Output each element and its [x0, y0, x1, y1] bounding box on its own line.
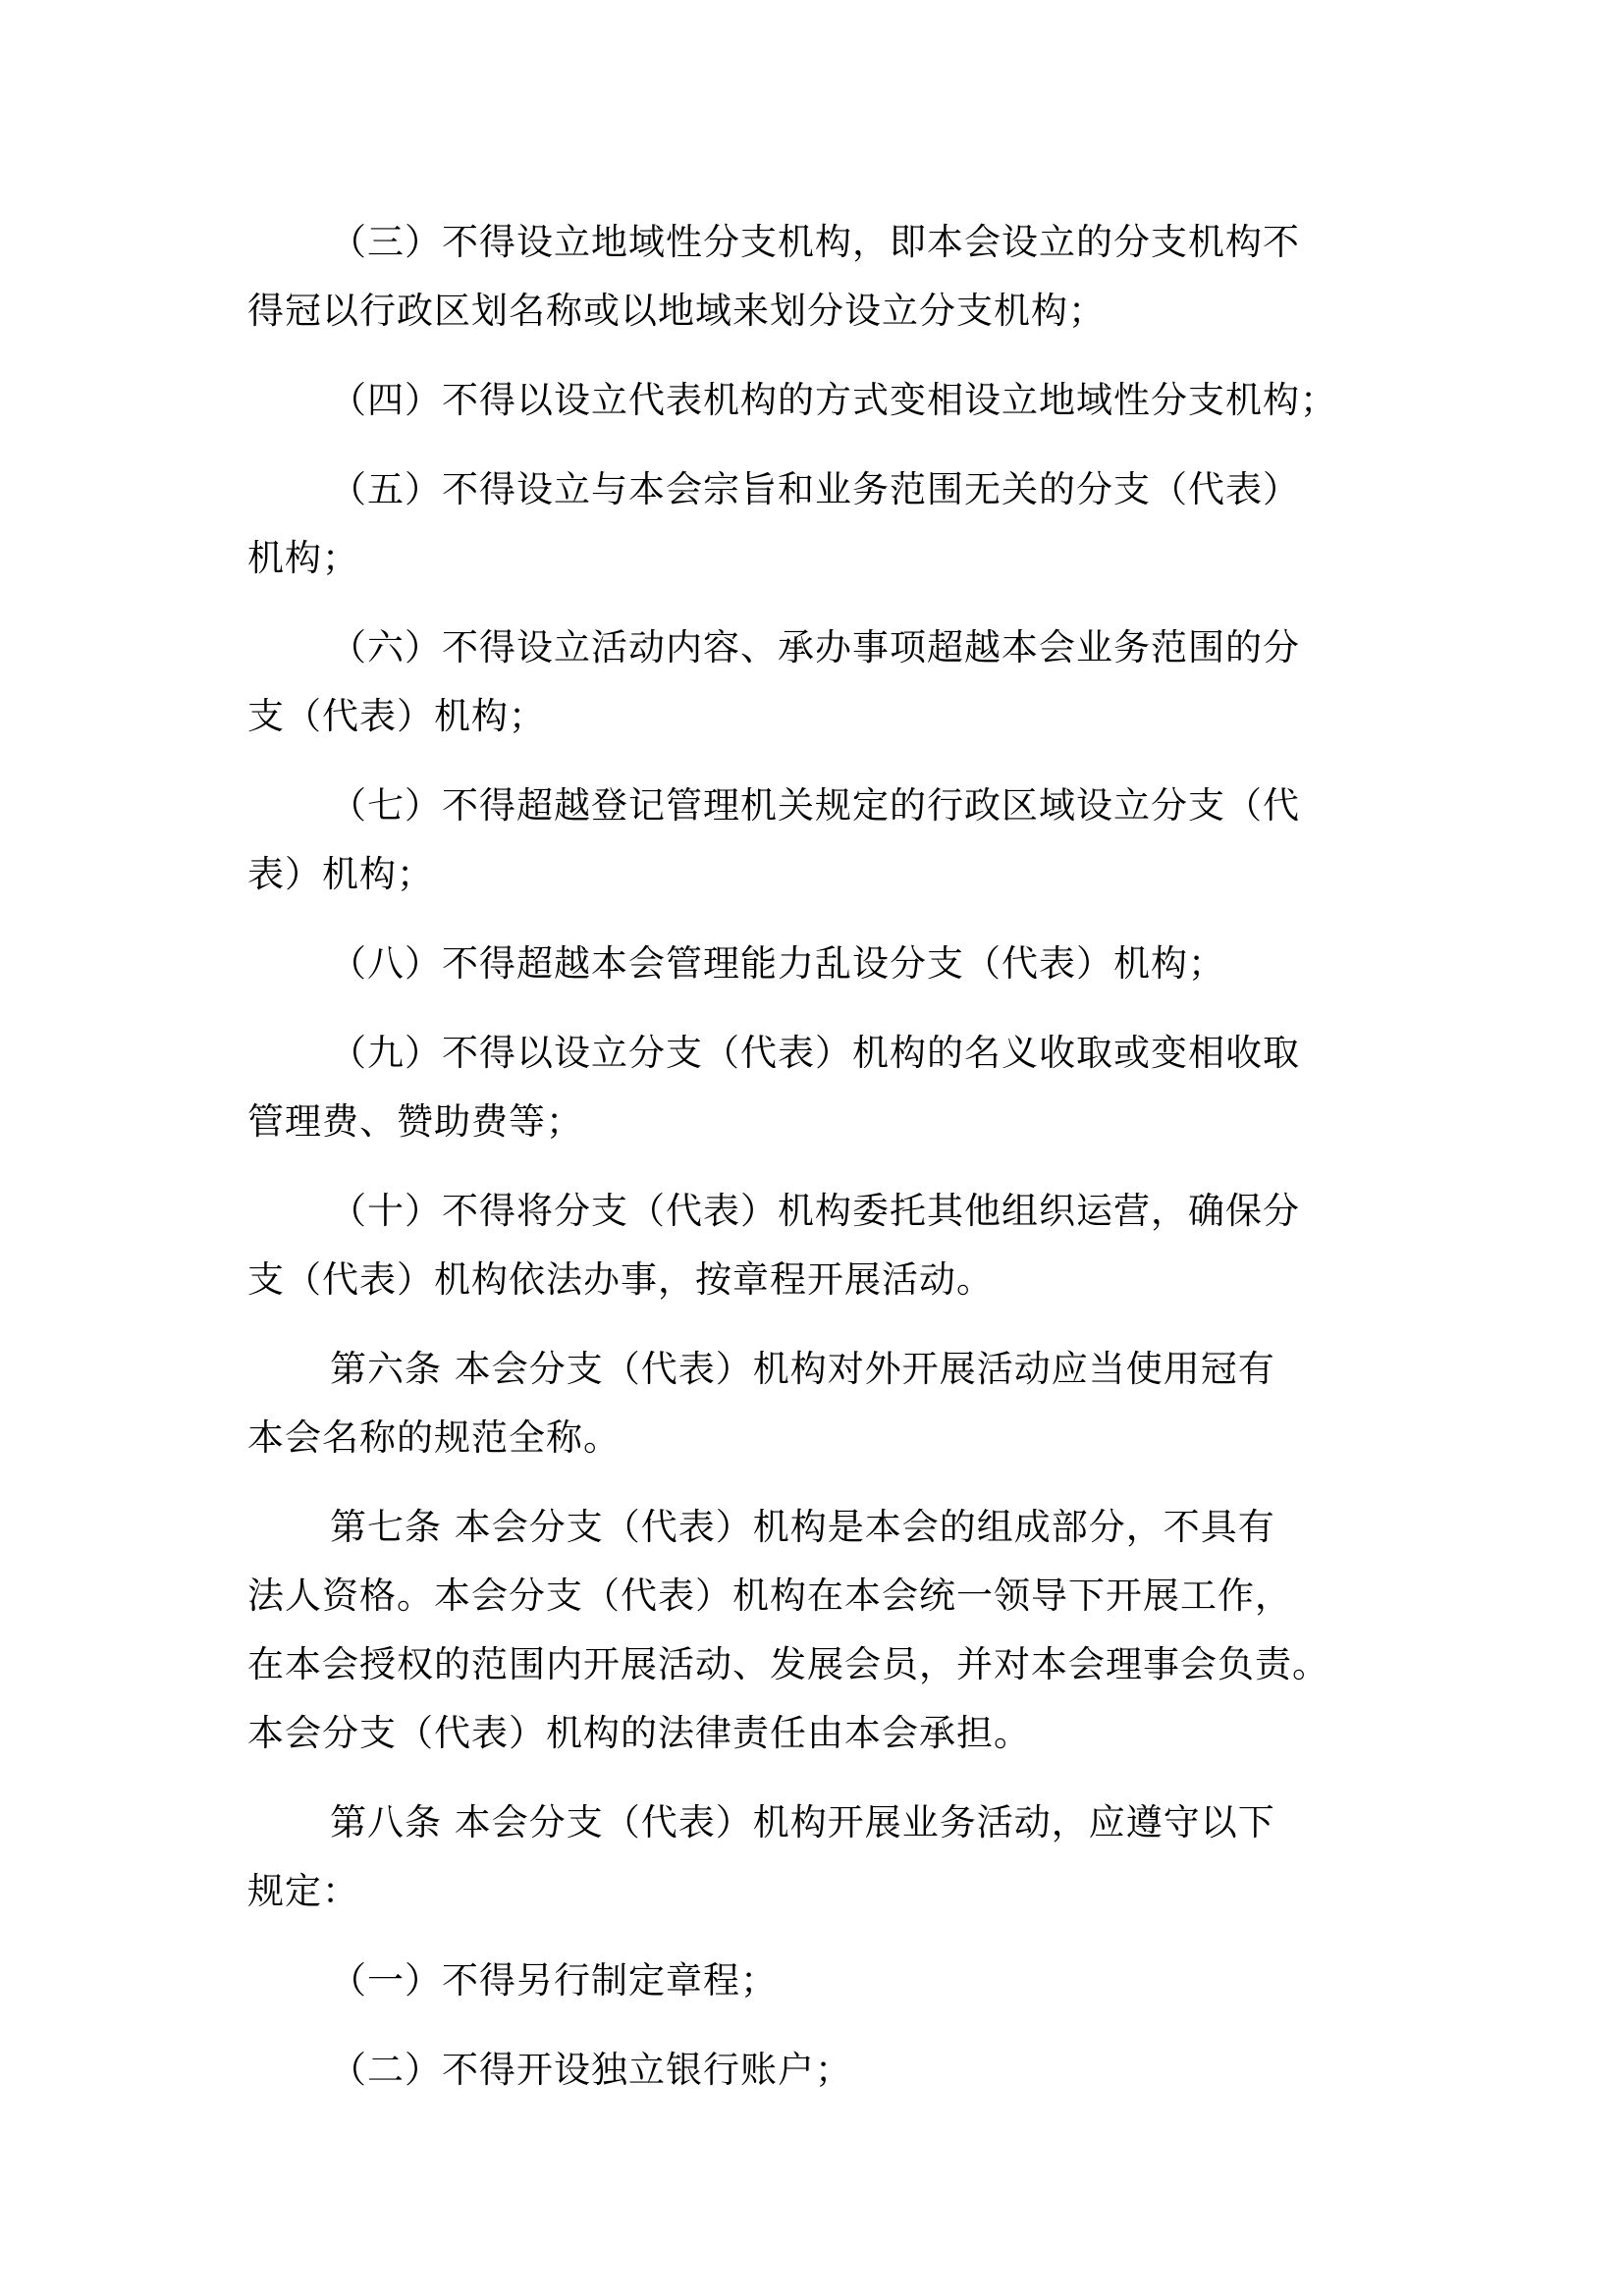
text-line: 机构；	[247, 524, 1386, 593]
text-line: 支（代表）机构依法办事，按章程开展活动。	[247, 1246, 1386, 1314]
document-body: （三）不得设立地域性分支机构，即本会设立的分支机构不 得冠以行政区划名称或以地域…	[247, 208, 1386, 2125]
text-line: （十）不得将分支（代表）机构委托其他组织运营，确保分	[247, 1177, 1386, 1246]
clause-6: （六）不得设立活动内容、承办事项超越本会业务范围的分 支（代表）机构；	[247, 614, 1386, 751]
article-8: 第八条 本会分支（代表）机构开展业务活动，应遵守以下 规定：	[247, 1789, 1386, 1926]
clause-7: （七）不得超越登记管理机关规定的行政区域设立分支（代 表）机构；	[247, 772, 1386, 909]
article-7: 第七条 本会分支（代表）机构是本会的组成部分，不具有 法人资格。本会分支（代表）…	[247, 1493, 1386, 1768]
clause-8: （八）不得超越本会管理能力乱设分支（代表）机构；	[247, 930, 1386, 998]
text-line: （一）不得另行制定章程；	[247, 1947, 1386, 2015]
clause-10: （十）不得将分支（代表）机构委托其他组织运营，确保分 支（代表）机构依法办事，按…	[247, 1177, 1386, 1314]
text-line: 第六条 本会分支（代表）机构对外开展活动应当使用冠有	[247, 1335, 1386, 1404]
text-line: 本会分支（代表）机构的法律责任由本会承担。	[247, 1699, 1386, 1768]
clause-5: （五）不得设立与本会宗旨和业务范围无关的分支（代表） 机构；	[247, 455, 1386, 593]
text-line: （六）不得设立活动内容、承办事项超越本会业务范围的分	[247, 614, 1386, 682]
text-line: （二）不得开设独立银行账户；	[247, 2036, 1386, 2105]
article-8-clause-2: （二）不得开设独立银行账户；	[247, 2036, 1386, 2105]
text-line: （四）不得以设立代表机构的方式变相设立地域性分支机构；	[247, 366, 1386, 435]
text-line: 管理费、赞助费等；	[247, 1088, 1386, 1156]
text-line: 得冠以行政区划名称或以地域来划分设立分支机构；	[247, 277, 1386, 346]
text-line: 第八条 本会分支（代表）机构开展业务活动，应遵守以下	[247, 1789, 1386, 1857]
text-line: 法人资格。本会分支（代表）机构在本会统一领导下开展工作，	[247, 1562, 1386, 1630]
text-line: 第七条 本会分支（代表）机构是本会的组成部分，不具有	[247, 1493, 1386, 1562]
text-line: （三）不得设立地域性分支机构，即本会设立的分支机构不	[247, 208, 1386, 277]
text-line: 本会名称的规范全称。	[247, 1404, 1386, 1472]
article-6: 第六条 本会分支（代表）机构对外开展活动应当使用冠有 本会名称的规范全称。	[247, 1335, 1386, 1472]
text-line: 规定：	[247, 1857, 1386, 1926]
document-page: （三）不得设立地域性分支机构，即本会设立的分支机构不 得冠以行政区划名称或以地域…	[0, 0, 1624, 2296]
article-8-clause-1: （一）不得另行制定章程；	[247, 1947, 1386, 2015]
text-line: （五）不得设立与本会宗旨和业务范围无关的分支（代表）	[247, 455, 1386, 524]
text-line: 在本会授权的范围内开展活动、发展会员，并对本会理事会负责。	[247, 1630, 1386, 1699]
clause-3: （三）不得设立地域性分支机构，即本会设立的分支机构不 得冠以行政区划名称或以地域…	[247, 208, 1386, 346]
text-line: （七）不得超越登记管理机关规定的行政区域设立分支（代	[247, 772, 1386, 840]
clause-9: （九）不得以设立分支（代表）机构的名义收取或变相收取 管理费、赞助费等；	[247, 1019, 1386, 1156]
text-line: 表）机构；	[247, 840, 1386, 909]
text-line: 支（代表）机构；	[247, 682, 1386, 751]
text-line: （九）不得以设立分支（代表）机构的名义收取或变相收取	[247, 1019, 1386, 1088]
clause-4: （四）不得以设立代表机构的方式变相设立地域性分支机构；	[247, 366, 1386, 435]
text-line: （八）不得超越本会管理能力乱设分支（代表）机构；	[247, 930, 1386, 998]
